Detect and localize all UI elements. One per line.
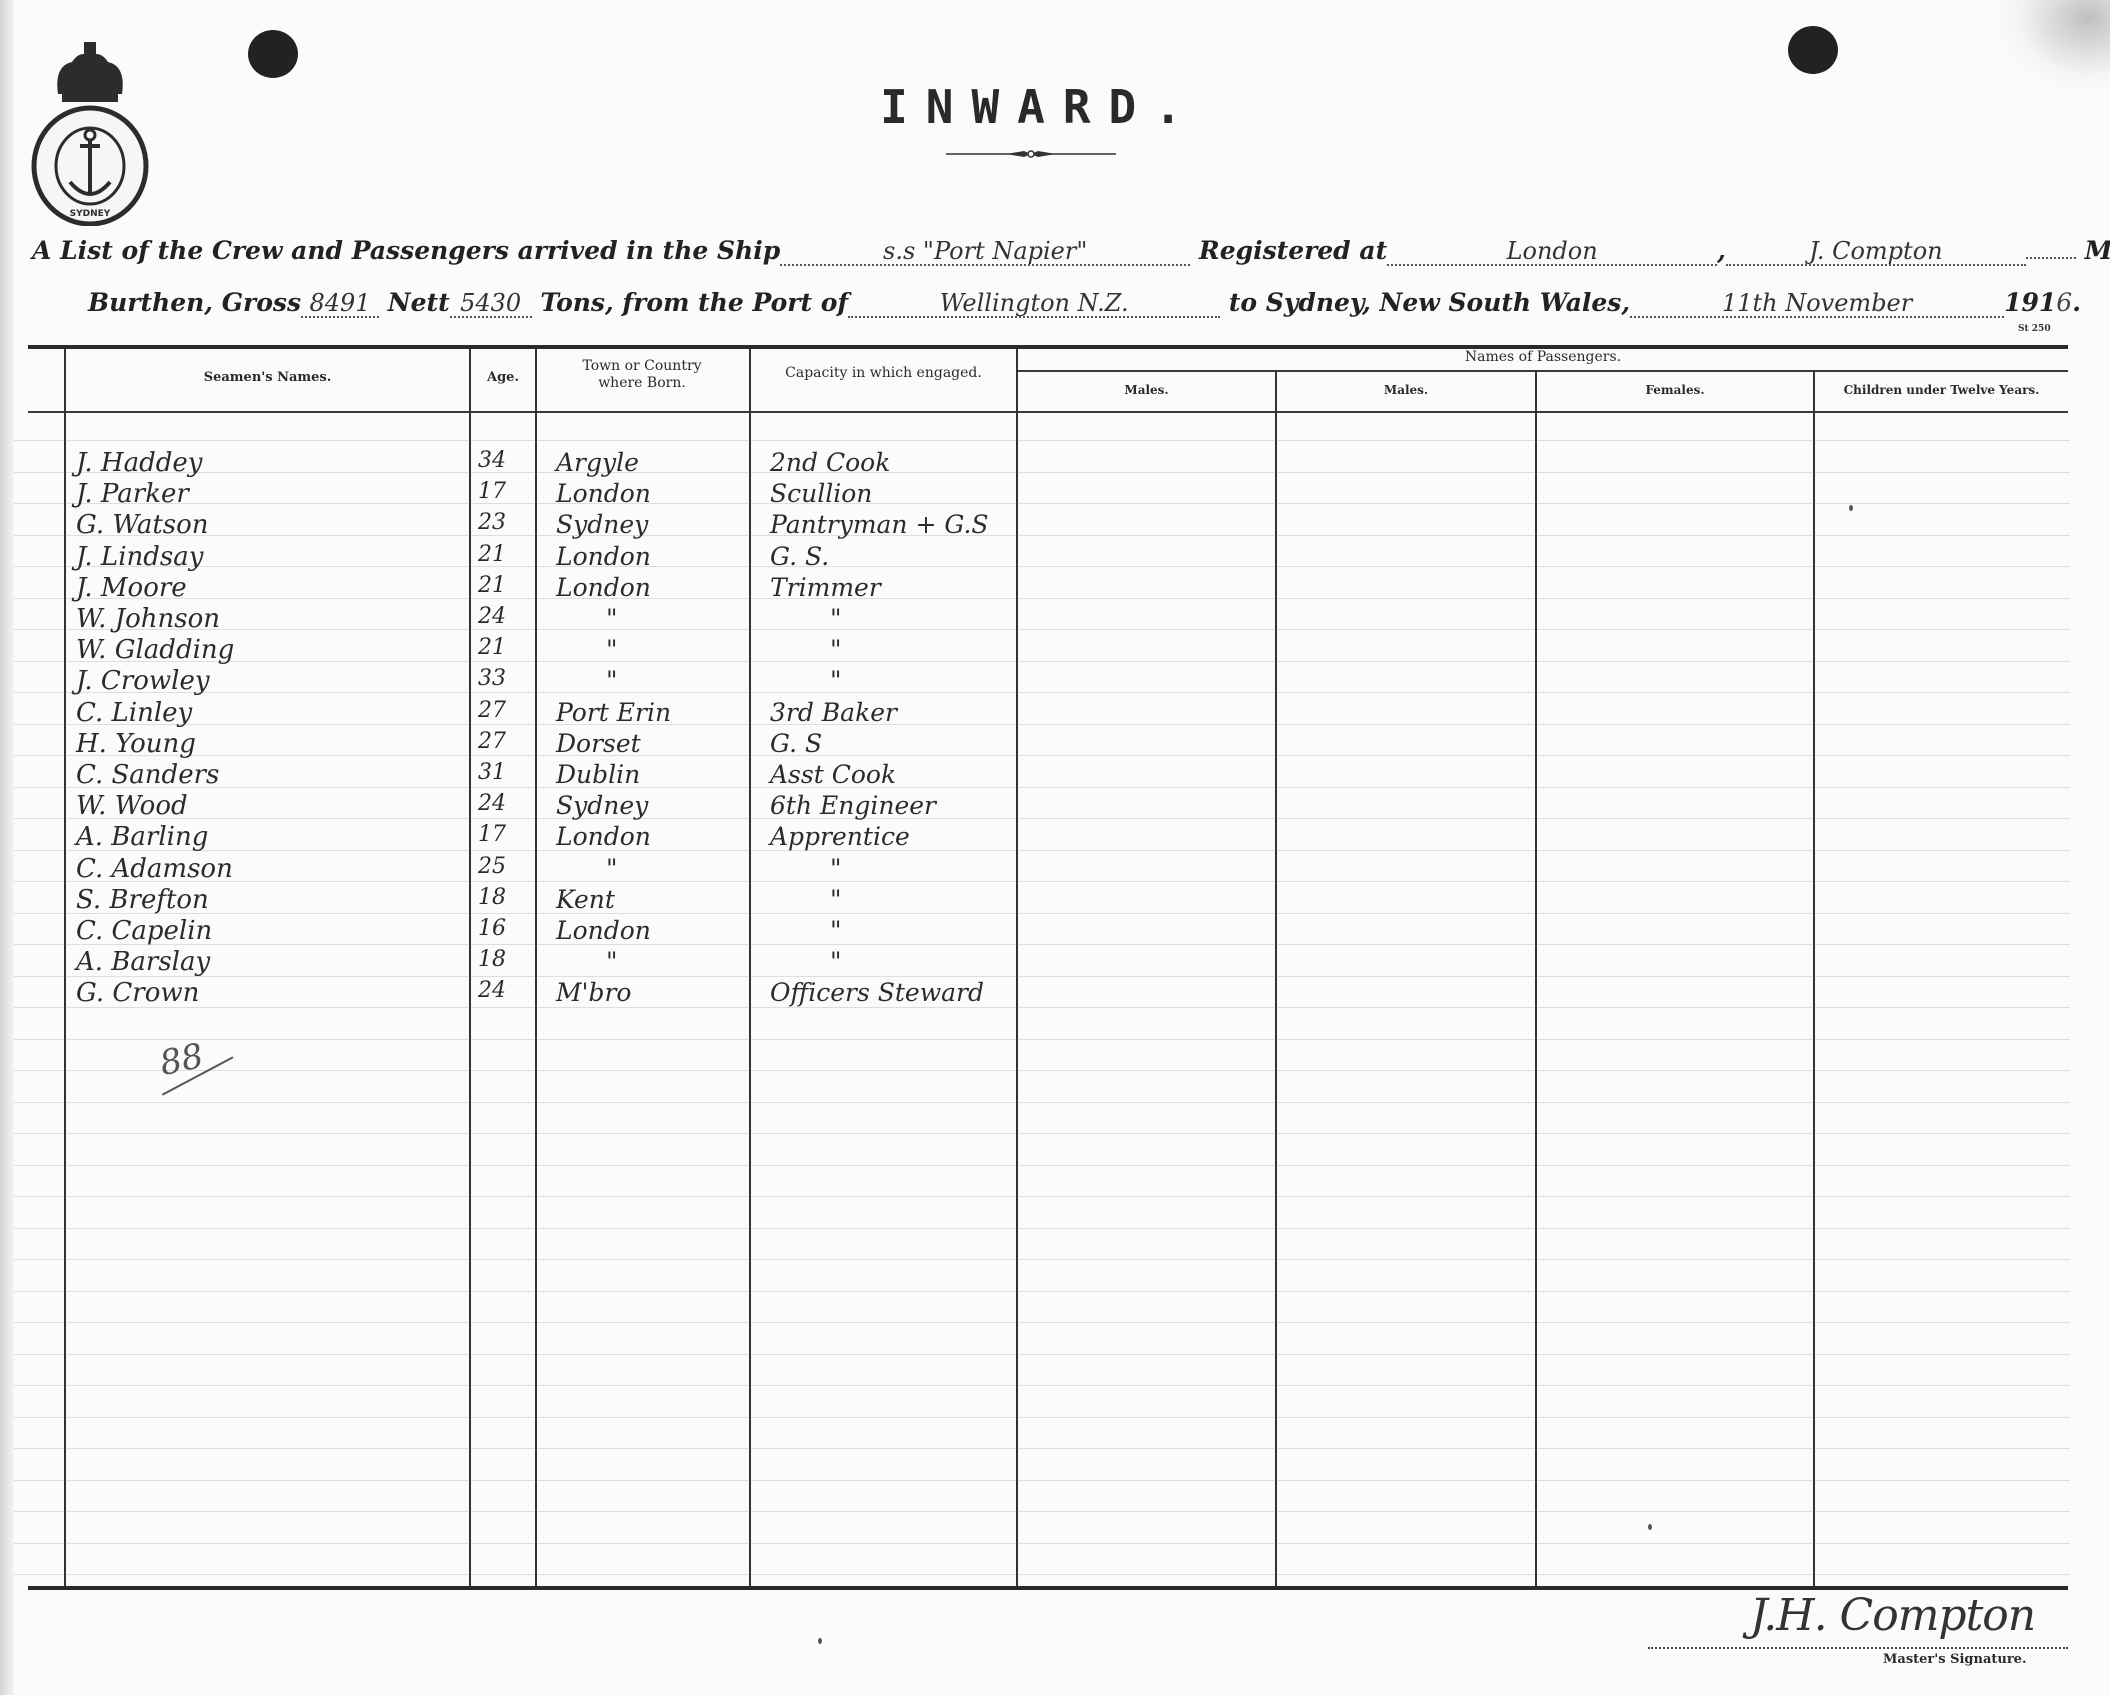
seaman-name-cell: C. Sanders	[76, 760, 219, 790]
capacity-cell: 2nd Cook	[770, 448, 890, 477]
town-born-cell: London	[556, 479, 651, 508]
age-cell: 27	[478, 698, 506, 723]
stray-mark	[818, 1638, 822, 1644]
ruled-line	[14, 881, 2070, 882]
seaman-name-cell: G. Crown	[76, 978, 199, 1008]
registered-port-field[interactable]: London	[1387, 238, 1717, 266]
signature-line	[1648, 1647, 2068, 1649]
seaman-name-cell: W. Gladding	[76, 635, 234, 665]
master-label: Master,	[2085, 236, 2110, 265]
ruled-line	[14, 1354, 2070, 1355]
ruled-line	[14, 1291, 2070, 1292]
capacity-cell: G. S	[770, 729, 822, 758]
arrival-date-field[interactable]: 11th November	[1630, 290, 2004, 318]
ruled-line	[14, 1228, 2070, 1229]
seaman-name-cell: J. Haddey	[76, 448, 202, 478]
ruled-line	[14, 566, 2070, 567]
age-cell: 21	[478, 573, 506, 598]
header-seamens-names: Seamen's Names.	[66, 370, 469, 386]
ruled-line	[14, 629, 2070, 630]
punch-hole-icon	[1788, 26, 1838, 74]
age-cell: 21	[478, 635, 506, 660]
title-flourish-icon	[946, 148, 1116, 160]
age-cell: 17	[478, 822, 506, 847]
town-born-cell: "	[606, 635, 618, 664]
ruled-line	[14, 1511, 2070, 1512]
capacity-cell: Trimmer	[770, 573, 881, 602]
seaman-name-cell: H. Young	[76, 729, 196, 759]
seaman-name-cell: C. Adamson	[76, 854, 233, 884]
town-born-cell: Dorset	[556, 729, 641, 758]
crew-list-form: SYDNEY INWARD. A List of the Crew and Pa…	[0, 0, 2110, 1695]
ruled-line	[14, 1543, 2070, 1544]
ruled-line	[14, 472, 2070, 473]
shipping-masters-department-seal-icon: SYDNEY	[28, 36, 152, 226]
town-born-cell: Sydney	[556, 791, 648, 820]
header-line-2: Burthen, Gross8491 Nett5430 Tons, from t…	[88, 288, 2081, 318]
ruled-line	[14, 787, 2070, 788]
age-cell: 24	[478, 978, 506, 1003]
ruled-line	[14, 1133, 2070, 1134]
punch-hole-icon	[248, 30, 298, 78]
seaman-name-cell: J. Moore	[76, 573, 187, 603]
seaman-name-cell: J. Parker	[76, 479, 189, 509]
capacity-cell: Officers Steward	[770, 978, 984, 1007]
seaman-name-cell: S. Brefton	[76, 885, 209, 915]
seaman-name-cell: C. Capelin	[76, 916, 212, 946]
ruled-line	[14, 692, 2070, 693]
seaman-name-cell: W. Wood	[76, 791, 188, 821]
from-port-label: Tons, from the Port of	[540, 288, 848, 317]
ruled-line	[14, 535, 2070, 536]
ruled-line	[14, 1385, 2070, 1386]
crew-tally: 88	[156, 1036, 207, 1084]
town-born-cell: Kent	[556, 885, 615, 914]
seaman-name-cell: G. Watson	[76, 510, 209, 540]
svg-text:SYDNEY: SYDNEY	[70, 209, 111, 219]
age-cell: 16	[478, 916, 506, 941]
header-line-1: A List of the Crew and Passengers arrive…	[32, 236, 2110, 266]
seaman-name-cell: A. Barling	[76, 822, 208, 852]
capacity-cell: "	[830, 666, 842, 695]
town-born-cell: Sydney	[556, 510, 648, 539]
stray-mark	[1849, 505, 1853, 511]
ruled-line	[14, 1039, 2070, 1040]
period: .	[2072, 288, 2081, 317]
town-born-cell: Dublin	[556, 760, 640, 789]
capacity-cell: "	[830, 916, 842, 945]
nett-tons-field[interactable]: 5430	[450, 290, 532, 318]
capacity-cell: Apprentice	[770, 822, 910, 851]
town-born-cell: London	[556, 542, 651, 571]
registered-at-label: Registered at	[1199, 236, 1387, 265]
town-born-cell: "	[606, 666, 618, 695]
town-born-cell: M'bro	[556, 978, 631, 1007]
age-cell: 34	[478, 448, 506, 473]
year-printed: 191	[2004, 288, 2056, 317]
ruled-line	[14, 755, 2070, 756]
header-males-2: Males.	[1277, 383, 1535, 397]
ruled-line	[14, 850, 2070, 851]
capacity-cell: "	[830, 885, 842, 914]
list-intro-label: A List of the Crew and Passengers arrive…	[32, 236, 780, 265]
ruled-line	[14, 1196, 2070, 1197]
ruled-line	[14, 913, 2070, 914]
header-capacity: Capacity in which engaged.	[751, 365, 1016, 382]
year-written-field[interactable]: 6	[2056, 288, 2072, 317]
ruled-line	[14, 976, 2070, 977]
header-males: Males.	[1018, 383, 1275, 397]
age-cell: 21	[478, 542, 506, 567]
ruled-line	[14, 661, 2070, 662]
ship-name-field[interactable]: s.s "Port Napier"	[780, 238, 1190, 266]
ruled-line	[14, 440, 2070, 441]
ruled-line	[14, 944, 2070, 945]
seaman-name-cell: W. Johnson	[76, 604, 220, 634]
capacity-cell: Scullion	[770, 479, 872, 508]
age-cell: 24	[478, 791, 506, 816]
header-town-born: Town or Country where Born.	[575, 358, 709, 392]
ruled-line	[14, 1259, 2070, 1260]
town-born-cell: London	[556, 573, 651, 602]
ruled-line	[14, 1322, 2070, 1323]
ruled-line	[14, 598, 2070, 599]
to-sydney-label: to Sydney, New South Wales,	[1229, 288, 1630, 317]
header-children: Children under Twelve Years.	[1815, 383, 2068, 397]
ruled-line	[14, 1448, 2070, 1449]
stray-mark	[1648, 1524, 1652, 1530]
age-cell: 25	[478, 854, 506, 879]
capacity-cell: "	[830, 947, 842, 976]
age-cell: 18	[478, 947, 506, 972]
capacity-cell: G. S.	[770, 542, 829, 571]
town-born-cell: "	[606, 604, 618, 633]
town-born-cell: London	[556, 916, 651, 945]
form-title: INWARD.	[830, 80, 1250, 134]
capacity-cell: "	[830, 854, 842, 883]
seaman-name-cell: C. Linley	[76, 698, 192, 728]
seaman-name-cell: J. Lindsay	[76, 542, 203, 572]
seaman-name-cell: J. Crowley	[76, 666, 210, 696]
town-born-cell: Port Erin	[556, 698, 671, 727]
dotted-leader	[2026, 257, 2076, 259]
passengers-group-rule	[1018, 370, 2068, 372]
col-line-females-children	[1813, 372, 1815, 1586]
capacity-cell: 6th Engineer	[770, 791, 936, 820]
town-born-cell: "	[606, 947, 618, 976]
age-cell: 23	[478, 510, 506, 535]
nett-label: Nett	[388, 288, 450, 317]
town-born-cell: "	[606, 854, 618, 883]
ruled-line	[14, 724, 2070, 725]
age-cell: 24	[478, 604, 506, 629]
header-age: Age.	[471, 370, 535, 386]
master-signature-label: Master's Signature.	[1883, 1652, 2026, 1667]
ruled-line	[14, 1007, 2070, 1008]
col-line-males-males	[1275, 372, 1277, 1586]
ruled-line	[14, 503, 2070, 504]
age-cell: 17	[478, 479, 506, 504]
town-born-cell: Argyle	[556, 448, 639, 477]
burthen-gross-label: Burthen, Gross	[88, 288, 301, 317]
gross-tons-field[interactable]: 8491	[301, 290, 379, 318]
age-cell: 31	[478, 760, 506, 785]
master-signature: J.H. Compton	[1750, 1590, 2035, 1641]
capacity-cell: "	[830, 635, 842, 664]
capacity-cell: "	[830, 604, 842, 633]
ruled-line	[14, 818, 2070, 819]
master-name-field[interactable]: J. Compton	[1726, 238, 2026, 266]
header-bottom-rule	[28, 411, 2068, 413]
capacity-cell: 3rd Baker	[770, 698, 897, 727]
capacity-cell: Asst Cook	[770, 760, 896, 789]
header-females: Females.	[1537, 383, 1813, 397]
from-port-field[interactable]: Wellington N.Z.	[848, 290, 1220, 318]
header-names-of-passengers: Names of Passengers.	[1018, 349, 2068, 366]
town-born-cell: London	[556, 822, 651, 851]
col-line-males-females	[1535, 372, 1537, 1586]
age-cell: 33	[478, 666, 506, 691]
capacity-cell: Pantryman + G.S	[770, 510, 989, 539]
ruled-line	[14, 1417, 2070, 1418]
seaman-name-cell: A. Barslay	[76, 947, 210, 977]
ruled-line	[14, 1574, 2070, 1575]
ruled-line	[14, 1070, 2070, 1071]
age-cell: 18	[478, 885, 506, 910]
ruled-line	[14, 1480, 2070, 1481]
form-code: St 250	[2018, 324, 2051, 334]
corner-smudge	[2000, 0, 2110, 90]
ruled-line	[14, 1102, 2070, 1103]
ruled-line	[14, 1165, 2070, 1166]
age-cell: 27	[478, 729, 506, 754]
